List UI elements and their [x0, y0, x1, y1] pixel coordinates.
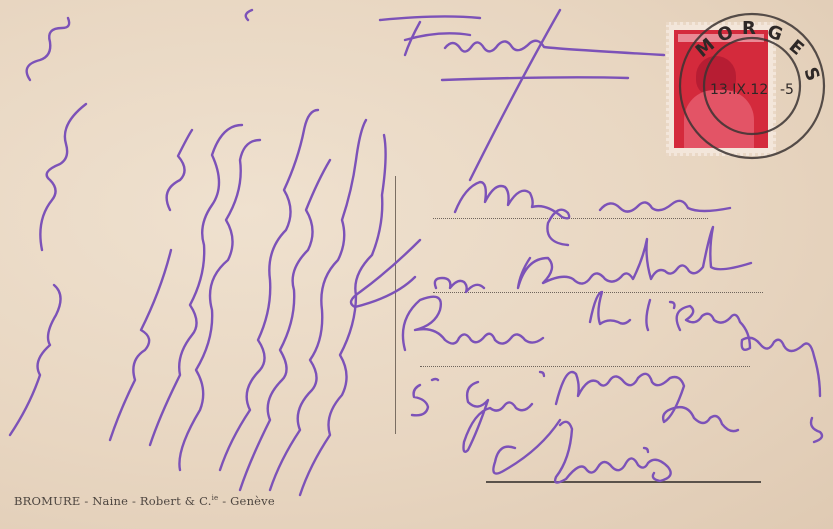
imprint-brand: BROMURE	[14, 494, 80, 508]
printer-imprint: BROMURE - Naine - Robert & C.ie - Genève	[14, 494, 275, 508]
svg-text:S: S	[799, 65, 823, 84]
svg-text:-5: -5	[780, 82, 794, 98]
message-line-4	[150, 125, 242, 445]
message-line-9	[300, 135, 386, 495]
imprint-city: Genève	[230, 494, 275, 508]
handwriting-line2	[412, 372, 822, 452]
message-line-1	[27, 18, 69, 80]
imprint-suffix: ie	[212, 494, 219, 502]
message-line-2	[10, 104, 86, 435]
message-line-7	[240, 160, 330, 490]
message-line-3	[110, 130, 192, 440]
handwriting-line1	[403, 292, 820, 396]
postcard: M O R G E S 13.IX.12 -5 BROMURE - Naine …	[0, 0, 833, 529]
imprint-publisher: Naine - Robert & C.	[92, 494, 211, 508]
